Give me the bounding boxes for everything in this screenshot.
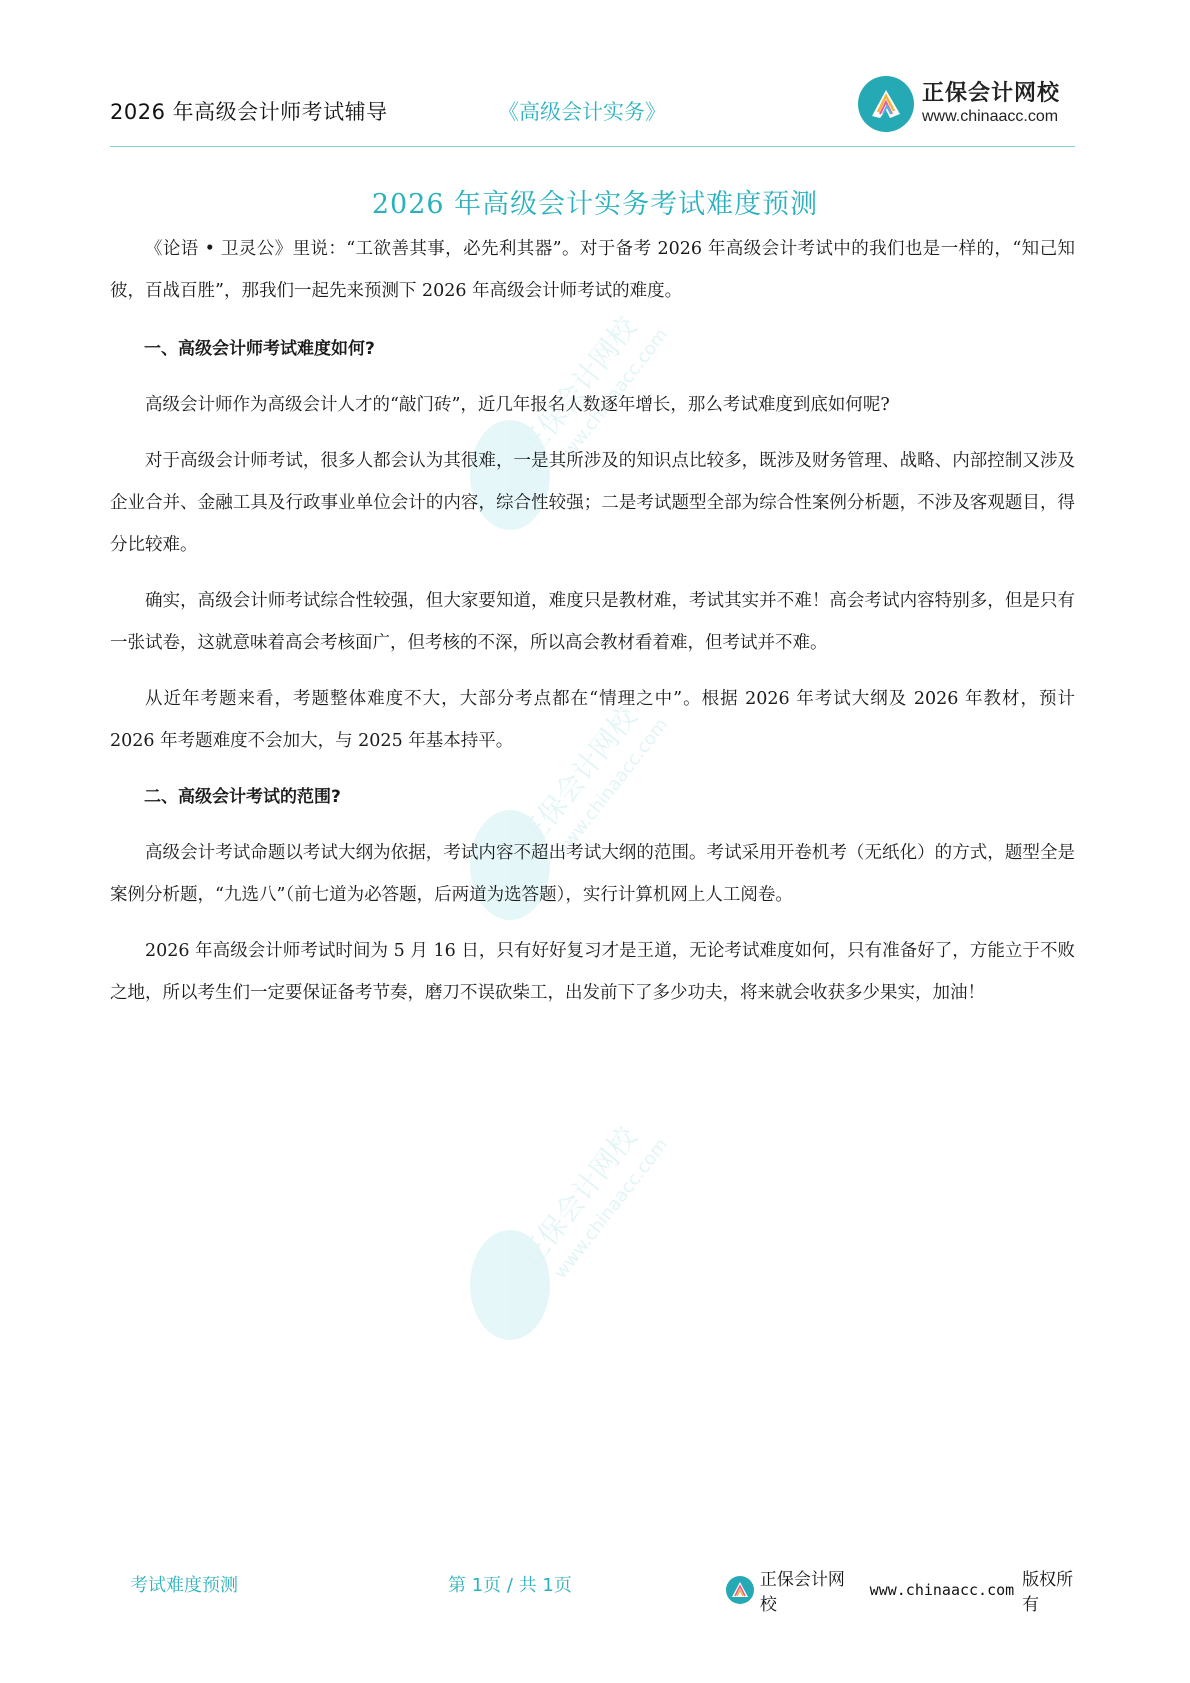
- footer-url: www.chinaacc.com: [870, 1581, 1015, 1599]
- page-indicator: 第 1页 / 共 1页: [448, 1571, 572, 1597]
- header-course-title: 《高级会计实务》: [498, 96, 666, 126]
- brand-url: www.chinaacc.com: [922, 109, 1060, 125]
- paragraph: 2026 年高级会计师考试时间为 5 月 16 日，只有好好复习才是王道，无论考…: [110, 930, 1075, 1014]
- paragraph: 确实，高级会计师考试综合性较强，但大家要知道，难度只是教材难，考试其实并不难！高…: [110, 580, 1075, 664]
- page-footer: 考试难度预测 第 1页 / 共 1页 正保会计网校 www.chinaacc.c…: [130, 1565, 1090, 1601]
- watermark-logo-icon: [470, 1230, 550, 1340]
- chinaacc-logo-icon: [858, 76, 914, 132]
- footer-rights: 版权所有: [1022, 1565, 1090, 1615]
- document-body: 《论语 • 卫灵公》里说：“工欲善其事，必先利其器”。对于备考 2026 年高级…: [110, 228, 1075, 1014]
- header-series-title: 2026 年高级会计师考试辅导: [110, 96, 388, 126]
- chinaacc-logo-icon: [726, 1576, 754, 1604]
- document-title: 2026 年高级会计实务考试难度预测: [0, 182, 1190, 221]
- intro-paragraph: 《论语 • 卫灵公》里说：“工欲善其事，必先利其器”。对于备考 2026 年高级…: [110, 228, 1075, 312]
- paragraph: 高级会计考试命题以考试大纲为依据，考试内容不超出考试大纲的范围。考试采用开卷机考…: [110, 832, 1075, 916]
- section-heading-difficulty: 一、高级会计师考试难度如何?: [110, 328, 1075, 370]
- page-header: 2026 年高级会计师考试辅导 《高级会计实务》 正保会计网校 www.chin…: [110, 70, 1075, 147]
- footer-brand-name: 正保会计网校: [760, 1565, 862, 1615]
- paragraph: 从近年考题来看，考题整体难度不大，大部分考点都在“情理之中”。根据 2026 年…: [110, 678, 1075, 762]
- section-heading-scope: 二、高级会计考试的范围?: [110, 776, 1075, 818]
- watermark-url: www.chinaacc.com: [550, 1134, 672, 1282]
- brand-logo: 正保会计网校 www.chinaacc.com: [858, 74, 1060, 134]
- footer-section-title: 考试难度预测: [130, 1571, 238, 1597]
- brand-name: 正保会计网校: [922, 83, 1060, 105]
- paragraph: 高级会计师作为高级会计人才的“敲门砖”，近几年报名人数逐年增长，那么考试难度到底…: [110, 384, 1075, 426]
- watermark-text: 正保会计网校: [510, 1118, 645, 1275]
- footer-brand: 正保会计网校 www.chinaacc.com 版权所有: [726, 1565, 1090, 1615]
- paragraph: 对于高级会计师考试，很多人都会认为其很难，一是其所涉及的知识点比较多，既涉及财务…: [110, 440, 1075, 566]
